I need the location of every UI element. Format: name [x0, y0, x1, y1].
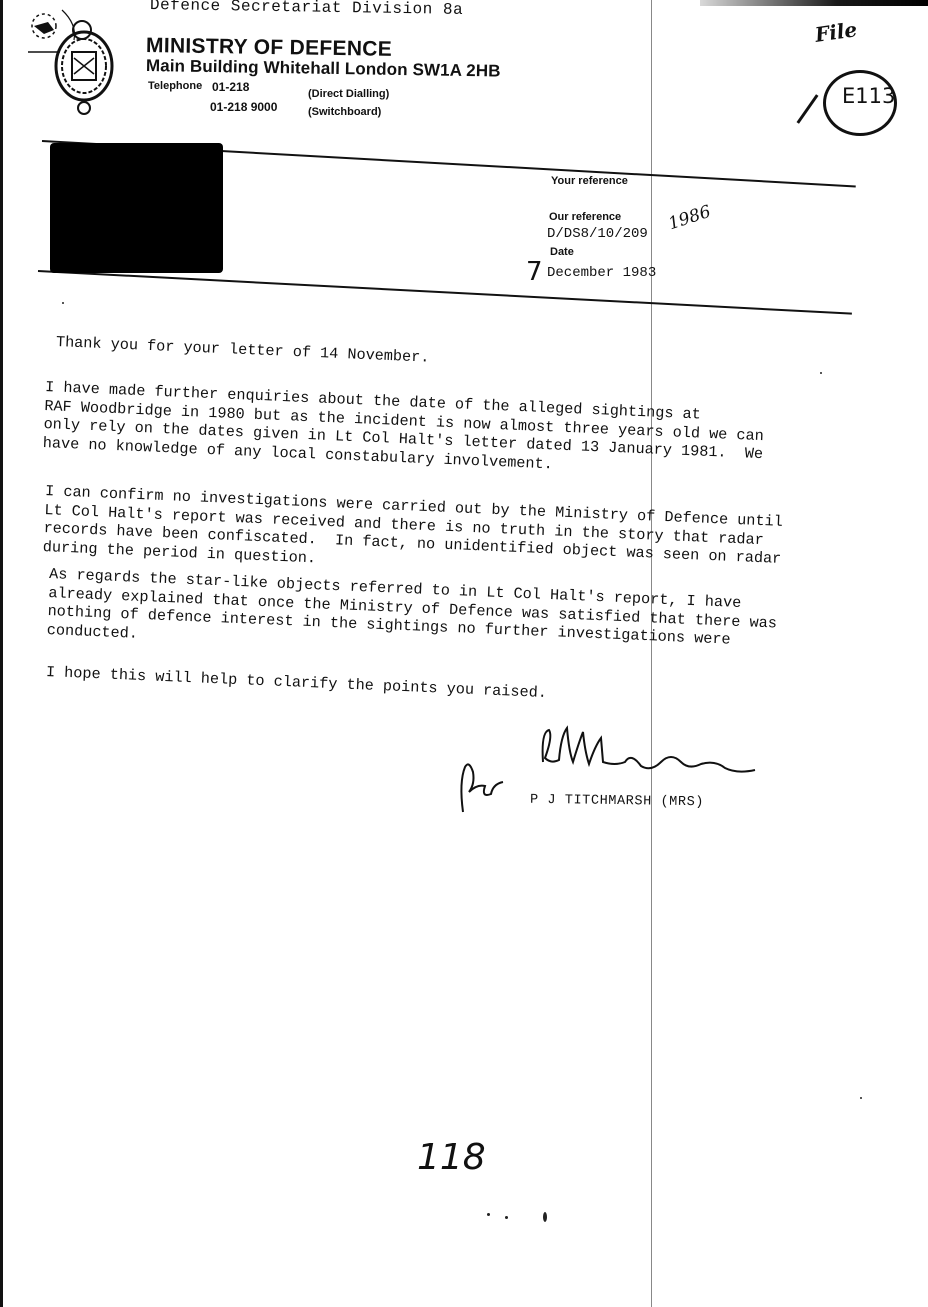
body-paragraph: I have made further enquiries about the … — [42, 378, 764, 482]
scan-edge — [0, 0, 3, 1307]
file-handwritten-note: File — [814, 17, 859, 47]
date-day-handwritten: 7 — [526, 257, 543, 287]
scan-speck — [820, 372, 822, 374]
ministry-address: Main Building Whitehall London SW1A 2HB — [146, 56, 501, 82]
division-name: Defence Secretariat Division 8a — [150, 0, 463, 19]
scan-speck — [487, 1213, 490, 1216]
royal-crest-icon — [22, 4, 117, 124]
body-paragraph: I hope this will help to clarify the poi… — [46, 663, 548, 702]
date-value: December 1983 — [547, 265, 656, 281]
telephone-switchboard-note: (Switchboard) — [308, 106, 381, 118]
telephone-direct-note: (Direct Dialling) — [308, 88, 389, 100]
reference-handwritten-annotation: 1986 — [666, 202, 713, 234]
body-paragraph: Thank you for your letter of 14 November… — [56, 333, 430, 367]
folio-number: E113 — [842, 84, 895, 108]
signatory-name: P J TITCHMARSH (MRS) — [530, 793, 704, 810]
telephone-direct: 01-218 — [212, 80, 249, 94]
redacted-recipient-address — [50, 143, 223, 273]
telephone-label: Telephone — [148, 80, 202, 92]
address-rule-bottom — [38, 270, 852, 315]
scan-speck — [543, 1212, 547, 1222]
our-reference-value: D/DS8/10/209 — [547, 226, 648, 242]
folio-tick-mark — [797, 94, 819, 124]
scan-smudge — [700, 0, 928, 6]
telephone-switchboard: 01-218 9000 — [210, 100, 277, 114]
scan-speck — [860, 1097, 862, 1099]
our-reference-label: Our reference — [549, 211, 621, 223]
letter-page: Defence Secretariat Division 8a MINISTRY… — [0, 0, 928, 1307]
scan-speck — [62, 302, 64, 304]
scan-speck — [505, 1216, 508, 1219]
date-label: Date — [550, 246, 574, 258]
your-reference-label: Your reference — [551, 175, 628, 187]
handwritten-page-number: 118 — [417, 1137, 486, 1178]
